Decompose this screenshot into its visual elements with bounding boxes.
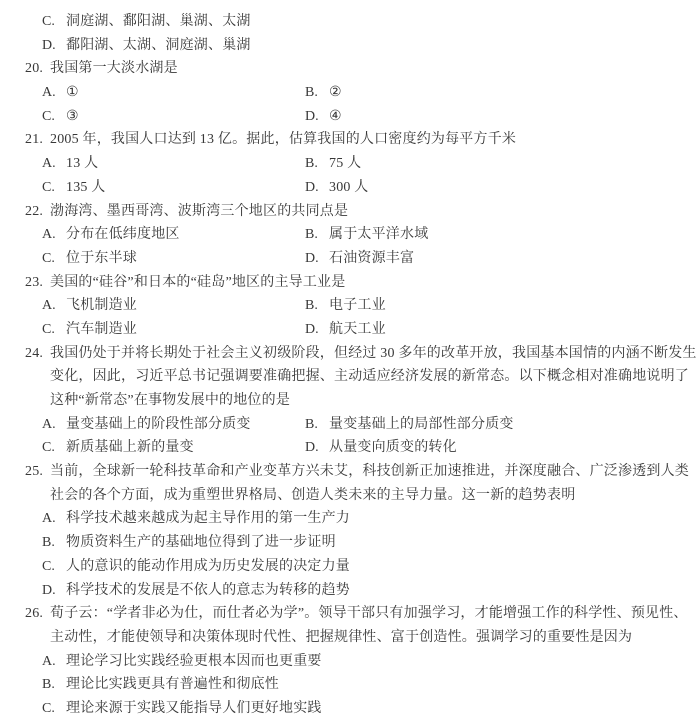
question-number: 24. — [25, 342, 43, 366]
option-line: B.理论比实践更具有普遍性和彻底性 — [0, 673, 697, 697]
option-b: B.量变基础上的局部性部分质变 — [305, 413, 514, 437]
option-text: ④ — [329, 109, 342, 124]
option-line: D.科学技术的发展是不依人的意志为转移的趋势 — [0, 579, 697, 603]
option-text: 量变基础上的局部性部分质变 — [329, 417, 514, 432]
option-label: C. — [42, 697, 66, 719]
option-line: A.13 人 B.75 人 — [0, 152, 697, 176]
option-b: B.属于太平洋水域 — [305, 223, 428, 247]
option-text: 13 人 — [66, 156, 98, 171]
option-label: D. — [305, 318, 329, 342]
question-number: 21. — [25, 128, 43, 152]
question-line: 主动性，才能使领导和决策体现时代性、把握规律性、富于创造性。强调学习的重要性是因… — [0, 626, 697, 650]
question-line: 22. 渤海湾、墨西哥湾、波斯湾三个地区的共同点是 — [0, 200, 697, 224]
option-b: B.理论比实践更具有普遍性和彻底性 — [42, 673, 279, 697]
option-line: A.飞机制造业 B.电子工业 — [0, 294, 697, 318]
option-c: C.洞庭湖、鄱阳湖、巢湖、太湖 — [42, 10, 251, 34]
option-b: B.物质资料生产的基础地位得到了进一步证明 — [42, 531, 336, 555]
exam-page: C.洞庭湖、鄱阳湖、巢湖、太湖 D.鄱阳湖、太湖、洞庭湖、巢湖 20. 我国第一… — [0, 0, 697, 719]
option-label: A. — [42, 152, 66, 176]
option-a: A.分布在低纬度地区 — [42, 223, 180, 247]
question-line: 24. 我国仍处于并将长期处于社会主义初级阶段，但经过 30 多年的改革开放，我… — [0, 342, 697, 366]
question-stem: 主动性，才能使领导和决策体现时代性、把握规律性、富于创造性。强调学习的重要性是因… — [50, 626, 632, 650]
option-text: 300 人 — [329, 180, 369, 195]
option-d: D.航天工业 — [305, 318, 386, 342]
option-text: 科学技术越来越成为起主导作用的第一生产力 — [66, 511, 350, 526]
option-text: 飞机制造业 — [66, 298, 137, 313]
option-label: B. — [305, 81, 329, 105]
option-text: 理论学习比实践经验更根本因而也更重要 — [66, 654, 322, 669]
option-label: B. — [305, 152, 329, 176]
question-stem: 渤海湾、墨西哥湾、波斯湾三个地区的共同点是 — [50, 200, 348, 224]
option-c: C.新质基础上新的量变 — [42, 436, 194, 460]
option-label: D. — [305, 105, 329, 129]
option-text: 物质资料生产的基础地位得到了进一步证明 — [66, 535, 336, 550]
option-label: C. — [42, 176, 66, 200]
option-d: D.科学技术的发展是不依人的意志为转移的趋势 — [42, 579, 350, 603]
question-line: 20. 我国第一大淡水湖是 — [0, 57, 697, 81]
question-stem: 变化，因此，习近平总书记强调要准确把握、主动适应经济发展的新常态。以下概念相对准… — [50, 365, 689, 389]
question-line: 社会的各个方面，成为重塑世界格局、创造人类未来的主导力量。这一新的趋势表明 — [0, 484, 697, 508]
option-b: B.75 人 — [305, 152, 361, 176]
option-line: C.位于东半球 D.石油资源丰富 — [0, 247, 697, 271]
option-line: C.人的意识的能动作用成为历史发展的决定力量 — [0, 555, 697, 579]
option-text: 电子工业 — [329, 298, 386, 313]
option-line: A.① B.② — [0, 81, 697, 105]
option-a: A.科学技术越来越成为起主导作用的第一生产力 — [42, 507, 350, 531]
option-label: C. — [42, 555, 66, 579]
question-stem: 2005 年，我国人口达到 13 亿。据此，估算我国的人口密度约为每平方千米 — [50, 128, 516, 152]
option-c: C.③ — [42, 105, 79, 129]
option-line: A.分布在低纬度地区 B.属于太平洋水域 — [0, 223, 697, 247]
option-label: C. — [42, 436, 66, 460]
option-label: D. — [305, 247, 329, 271]
option-label: A. — [42, 650, 66, 674]
option-text: ① — [66, 85, 79, 100]
option-text: 人的意识的能动作用成为历史发展的决定力量 — [66, 559, 350, 574]
question-stem: 我国仍处于并将长期处于社会主义初级阶段，但经过 30 多年的改革开放，我国基本国… — [50, 342, 697, 366]
option-text: 分布在低纬度地区 — [66, 227, 180, 242]
question-stem: 美国的“硅谷”和日本的“硅岛”地区的主导工业是 — [50, 271, 345, 295]
option-label: D. — [305, 436, 329, 460]
option-text: ③ — [66, 109, 79, 124]
option-line: C.理论来源于实践又能指导人们更好地实践 — [0, 697, 697, 719]
option-label: B. — [305, 294, 329, 318]
option-line: C.③ D.④ — [0, 105, 697, 129]
option-label: C. — [42, 105, 66, 129]
option-a: A.飞机制造业 — [42, 294, 137, 318]
option-label: D. — [305, 176, 329, 200]
option-text: 75 人 — [329, 156, 361, 171]
option-label: C. — [42, 10, 66, 34]
option-text: 从量变向质变的转化 — [329, 440, 457, 455]
option-text: 理论来源于实践又能指导人们更好地实践 — [66, 701, 322, 716]
option-line: C.洞庭湖、鄱阳湖、巢湖、太湖 — [0, 10, 697, 34]
option-d: D.300 人 — [305, 176, 369, 200]
question-stem: 荀子云：“学者非必为仕，而仕者必为学”。领导干部只有加强学习，才能增强工作的科学… — [50, 602, 688, 626]
option-label: A. — [42, 81, 66, 105]
option-line: B.物质资料生产的基础地位得到了进一步证明 — [0, 531, 697, 555]
option-a: A.量变基础上的阶段性部分质变 — [42, 413, 251, 437]
question-number: 23. — [25, 271, 43, 295]
question-line: 26. 荀子云：“学者非必为仕，而仕者必为学”。领导干部只有加强学习，才能增强工… — [0, 602, 697, 626]
option-text: 新质基础上新的量变 — [66, 440, 194, 455]
option-text: 量变基础上的阶段性部分质变 — [66, 417, 251, 432]
option-text: 科学技术的发展是不依人的意志为转移的趋势 — [66, 583, 350, 598]
option-d: D.从量变向质变的转化 — [305, 436, 457, 460]
option-text: ② — [329, 85, 342, 100]
option-label: D. — [42, 579, 66, 603]
question-line: 变化，因此，习近平总书记强调要准确把握、主动适应经济发展的新常态。以下概念相对准… — [0, 365, 697, 389]
option-line: C.汽车制造业 D.航天工业 — [0, 318, 697, 342]
option-label: A. — [42, 413, 66, 437]
option-text: 洞庭湖、鄱阳湖、巢湖、太湖 — [66, 14, 251, 29]
option-c: C.汽车制造业 — [42, 318, 137, 342]
option-label: A. — [42, 294, 66, 318]
option-text: 135 人 — [66, 180, 106, 195]
option-c: C.135 人 — [42, 176, 106, 200]
question-number: 20. — [25, 57, 43, 81]
question-stem: 社会的各个方面，成为重塑世界格局、创造人类未来的主导力量。这一新的趋势表明 — [50, 484, 575, 508]
option-text: 理论比实践更具有普遍性和彻底性 — [66, 677, 279, 692]
option-c: C.人的意识的能动作用成为历史发展的决定力量 — [42, 555, 350, 579]
option-text: 位于东半球 — [66, 251, 137, 266]
option-text: 航天工业 — [329, 322, 386, 337]
question-line: 这种“新常态”在事物发展中的地位的是 — [0, 389, 697, 413]
question-number: 26. — [25, 602, 43, 626]
option-text: 属于太平洋水域 — [329, 227, 428, 242]
question-number: 25. — [25, 460, 43, 484]
question-stem: 这种“新常态”在事物发展中的地位的是 — [50, 389, 290, 413]
option-label: A. — [42, 507, 66, 531]
option-label: B. — [42, 673, 66, 697]
question-number: 22. — [25, 200, 43, 224]
option-d: D.石油资源丰富 — [305, 247, 414, 271]
option-a: A.① — [42, 81, 79, 105]
option-d: D.鄱阳湖、太湖、洞庭湖、巢湖 — [42, 34, 251, 58]
option-c: C.理论来源于实践又能指导人们更好地实践 — [42, 697, 322, 719]
question-line: 25. 当前，全球新一轮科技革命和产业变革方兴未艾，科技创新正加速推进，并深度融… — [0, 460, 697, 484]
option-label: C. — [42, 318, 66, 342]
option-line: C.135 人 D.300 人 — [0, 176, 697, 200]
option-line: D.鄱阳湖、太湖、洞庭湖、巢湖 — [0, 34, 697, 58]
option-line: A.科学技术越来越成为起主导作用的第一生产力 — [0, 507, 697, 531]
option-line: C.新质基础上新的量变 D.从量变向质变的转化 — [0, 436, 697, 460]
question-stem: 当前，全球新一轮科技革命和产业变革方兴未艾，科技创新正加速推进，并深度融合、广泛… — [50, 460, 689, 484]
question-line: 21. 2005 年，我国人口达到 13 亿。据此，估算我国的人口密度约为每平方… — [0, 128, 697, 152]
option-c: C.位于东半球 — [42, 247, 137, 271]
option-text: 汽车制造业 — [66, 322, 137, 337]
option-label: D. — [42, 34, 66, 58]
option-label: C. — [42, 247, 66, 271]
option-text: 鄱阳湖、太湖、洞庭湖、巢湖 — [66, 38, 251, 53]
option-a: A.13 人 — [42, 152, 98, 176]
option-a: A.理论学习比实践经验更根本因而也更重要 — [42, 650, 322, 674]
option-line: A.理论学习比实践经验更根本因而也更重要 — [0, 650, 697, 674]
option-label: B. — [305, 223, 329, 247]
option-text: 石油资源丰富 — [329, 251, 414, 266]
option-d: D.④ — [305, 105, 342, 129]
question-stem: 我国第一大淡水湖是 — [50, 57, 178, 81]
option-label: B. — [305, 413, 329, 437]
option-b: B.② — [305, 81, 342, 105]
option-line: A.量变基础上的阶段性部分质变 B.量变基础上的局部性部分质变 — [0, 413, 697, 437]
question-line: 23. 美国的“硅谷”和日本的“硅岛”地区的主导工业是 — [0, 271, 697, 295]
option-b: B.电子工业 — [305, 294, 386, 318]
option-label: B. — [42, 531, 66, 555]
option-label: A. — [42, 223, 66, 247]
